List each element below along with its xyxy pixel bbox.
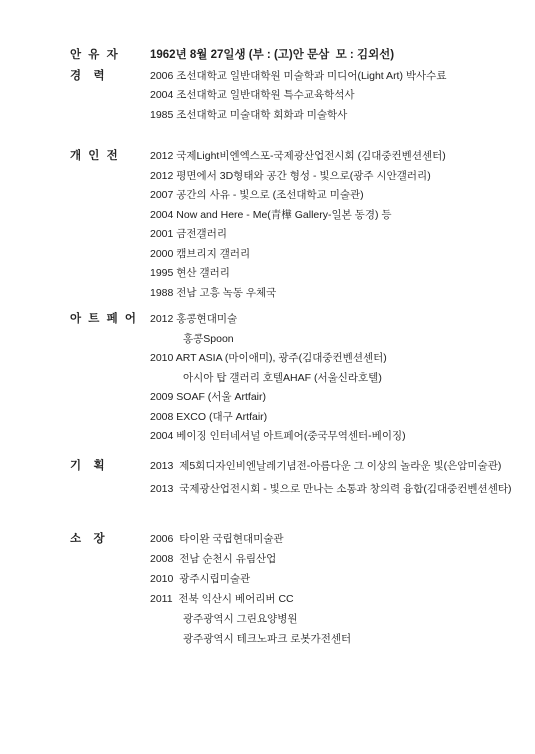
planning-item: 2013 국제광산업전시회 - 빛으로 만나는 소통과 창의력 융합(김대중컨벤… <box>150 478 517 502</box>
profile-lines: 1962년 8월 27일생 (부 : (고)안 문삼 모 : 김외선) <box>150 46 517 66</box>
collection-item: 2010 광주시립미술관 <box>150 569 517 589</box>
career-item: 2006 조선대학교 일반대학원 미술학과 미디어(Light Art) 박사수… <box>150 67 517 87</box>
section-art-fair: 아 트 페 어 2012 홍콩현대미술 홍콩Spoon 2010 ART ASI… <box>70 310 517 447</box>
art-fair-item: 2008 EXCO (대구 Artfair) <box>150 408 517 428</box>
profile-section: 안 유 자 1962년 8월 27일생 (부 : (고)안 문삼 모 : 김외선… <box>70 46 517 66</box>
collection-item: 2011 전북 익산시 베어리버 CC <box>150 589 517 609</box>
planning-item: 2013 제5회디자인비엔날레기념전-아름다운 그 이상의 놀라운 빛(은암미술… <box>150 455 517 479</box>
section-collections: 소 장 2006 타이완 국립현대미술관 2008 전남 순천시 유림산업 20… <box>70 529 517 649</box>
section-career-label: 경 력 <box>70 67 150 87</box>
solo-exhibition-item: 2004 Now and Here - Me(青樺 Gallery-일본 동경)… <box>150 206 517 226</box>
collection-item: 2008 전남 순천시 유림산업 <box>150 549 517 569</box>
section-solo-exhibitions: 개 인 전 2012 국제Light비엔엑스포-국제광산업전시회 (김대중컨벤션… <box>70 147 517 303</box>
career-item: 2004 조선대학교 일반대학원 특수교육학석사 <box>150 86 517 106</box>
section-art-fair-label: 아 트 페 어 <box>70 310 150 330</box>
collection-item: 광주광역시 그린요양병원 <box>150 609 517 629</box>
document-page: 안 유 자 1962년 8월 27일생 (부 : (고)안 문삼 모 : 김외선… <box>0 0 535 754</box>
section-art-fair-lines: 2012 홍콩현대미술 홍콩Spoon 2010 ART ASIA (마이애미)… <box>150 310 517 447</box>
section-collections-label: 소 장 <box>70 529 150 549</box>
profile-birth-line: 1962년 8월 27일생 (부 : (고)안 문삼 모 : 김외선) <box>150 46 517 66</box>
section-career-lines: 2006 조선대학교 일반대학원 미술학과 미디어(Light Art) 박사수… <box>150 67 517 126</box>
solo-exhibition-item: 2001 금전갤러리 <box>150 225 517 245</box>
section-solo-lines: 2012 국제Light비엔엑스포-국제광산업전시회 (김대중컨벤션센터) 20… <box>150 147 517 303</box>
collection-item: 2006 타이완 국립현대미술관 <box>150 529 517 549</box>
art-fair-item: 2004 베이징 인터네셔널 아트페어(중국무역센터-베이징) <box>150 427 517 447</box>
collection-item: 광주광역시 테크노파크 로봇가전센터 <box>150 629 517 649</box>
solo-exhibition-item: 2007 공간의 사유 - 빛으로 (조선대학교 미술관) <box>150 186 517 206</box>
solo-exhibition-item: 2012 평면에서 3D형태와 공간 형성 - 빛으로(광주 시안갤러리) <box>150 167 517 187</box>
section-planning: 기 획 2013 제5회디자인비엔날레기념전-아름다운 그 이상의 놀라운 빛(… <box>70 455 517 502</box>
solo-exhibition-item: 1988 전남 고흥 녹동 우체국 <box>150 284 517 304</box>
art-fair-item: 2012 홍콩현대미술 <box>150 310 517 330</box>
section-planning-label: 기 획 <box>70 455 150 479</box>
section-planning-lines: 2013 제5회디자인비엔날레기념전-아름다운 그 이상의 놀라운 빛(은암미술… <box>150 455 517 502</box>
art-fair-item: 2010 ART ASIA (마이애미), 광주(김대중컨벤션센터) <box>150 349 517 369</box>
section-solo-label: 개 인 전 <box>70 147 150 167</box>
solo-exhibition-item: 2000 캠브리지 갤러리 <box>150 245 517 265</box>
art-fair-item: 홍콩Spoon <box>150 330 517 350</box>
solo-exhibition-item: 1995 현산 갤러리 <box>150 264 517 284</box>
section-collections-lines: 2006 타이완 국립현대미술관 2008 전남 순천시 유림산업 2010 광… <box>150 529 517 649</box>
art-fair-item: 2009 SOAF (서울 Artfair) <box>150 388 517 408</box>
solo-exhibition-item: 2012 국제Light비엔엑스포-국제광산업전시회 (김대중컨벤션센터) <box>150 147 517 167</box>
profile-name-label: 안 유 자 <box>70 46 150 66</box>
section-career: 경 력 2006 조선대학교 일반대학원 미술학과 미디어(Light Art)… <box>70 67 517 126</box>
career-item: 1985 조선대학교 미술대학 회화과 미술학사 <box>150 106 517 126</box>
art-fair-item: 아시아 탑 갤러리 호텔AHAF (서울신라호텔) <box>150 369 517 389</box>
